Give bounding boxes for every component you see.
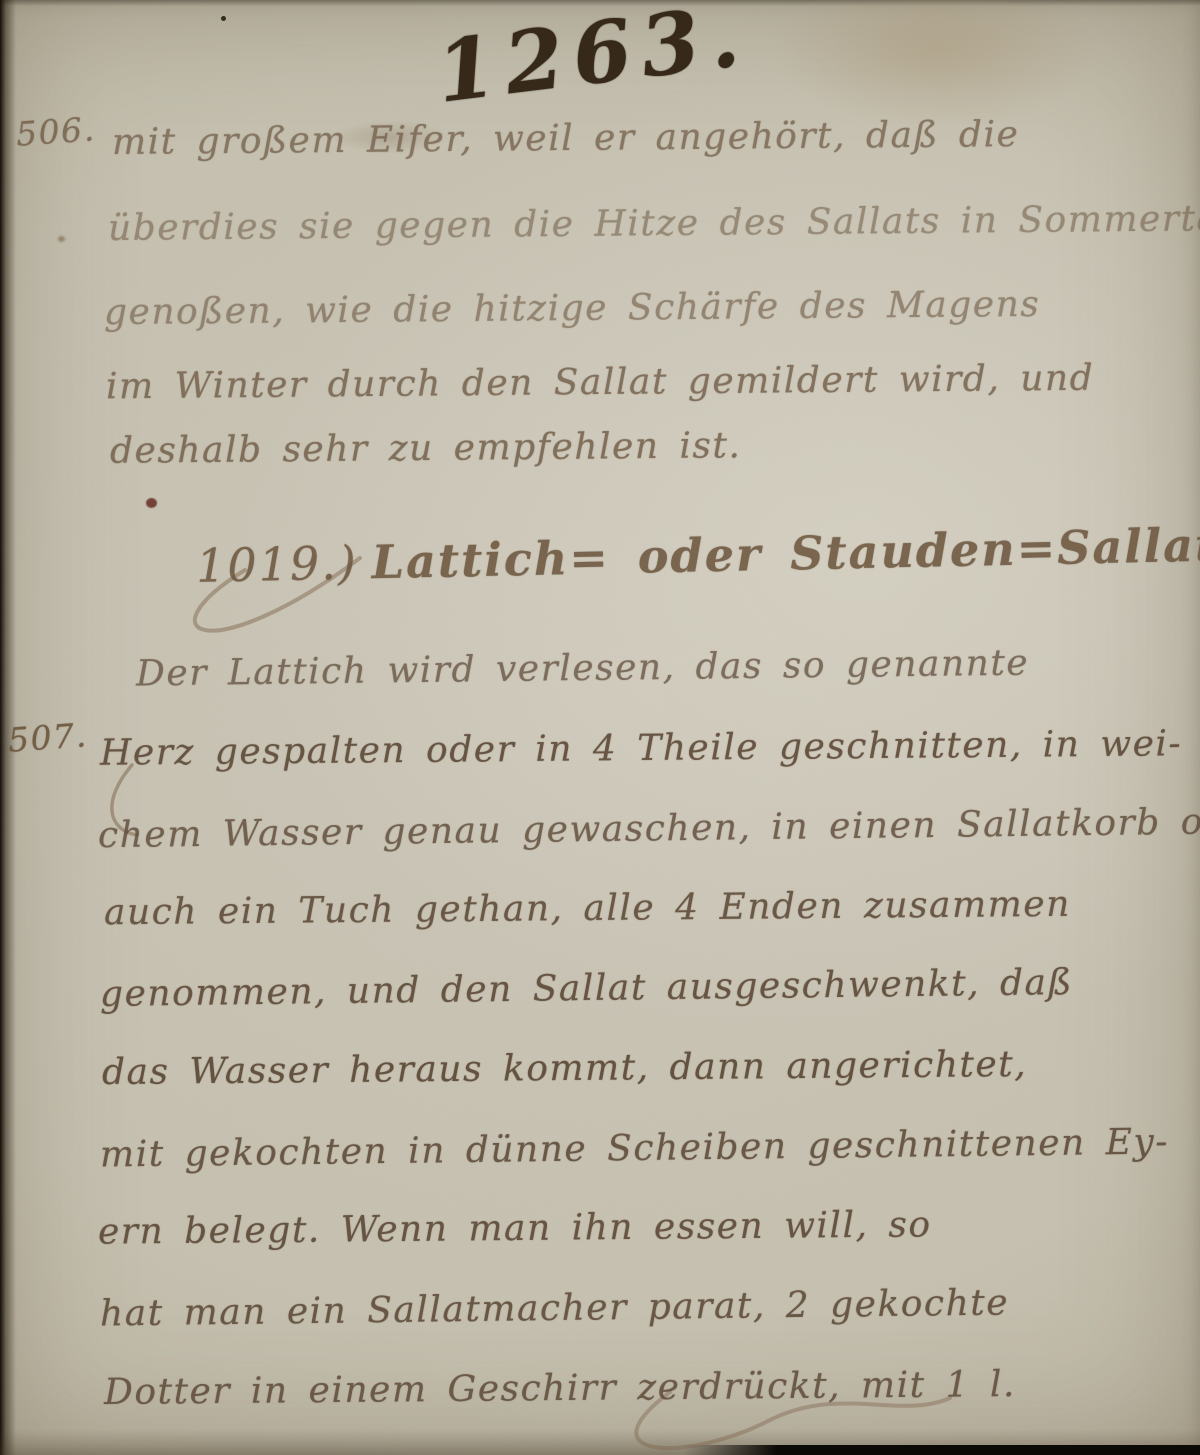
recipe-heading: 1019.)Lattich= oder Stauden=Sallat. [196,517,1200,593]
manuscript-line: im Winter durch den Sallat gemildert wir… [106,358,1095,408]
manuscript-line: mit gekochten in dünne Scheiben geschnit… [100,1121,1169,1175]
photo-edge-black-band [684,1445,1200,1455]
page-number: 1263. [431,0,754,122]
manuscript-line: genoßen, wie die hitzige Schärfe des Mag… [104,284,1041,333]
recipe-title: Lattich= oder Stauden=Sallat. [371,517,1200,589]
manuscript-line: Der Lattich wird verlesen, das so genann… [136,643,1030,695]
margin-number-507: 507. [7,715,89,759]
recipe-number: 1019.) [196,536,359,593]
manuscript-line: genommen, und den Sallat ausgeschwenkt, … [100,962,1073,1015]
manuscript-line: Herz gespalten oder in 4 Theile geschnit… [100,723,1182,773]
manuscript-line: Dotter in einem Geschirr zerdrückt, mit … [104,1364,1016,1413]
manuscript-line: mit großem Eifer, weil er angehört, daß … [112,114,1020,163]
manuscript-line: ern belegt. Wenn man ihn essen will, so [98,1204,932,1252]
paper-blemish [58,236,65,242]
fly-speck [221,16,226,21]
manuscript-line: hat man ein Sallatmacher parat, 2 gekoch… [100,1282,1009,1334]
manuscript-line: deshalb sehr zu empfehlen ist. [110,425,742,472]
manuscript-line: chem Wasser genau gewaschen, in einen Sa… [98,801,1200,856]
manuscript-line: überdies sie gegen die Hitze des Sallats… [108,198,1200,249]
red-ink-spot [146,498,157,508]
manuscript-line: auch ein Tuch gethan, alle 4 Enden zusam… [104,884,1071,933]
ink-smudge-stain [770,0,1100,130]
manuscript-page: 1263. 506. 507. mit großem Eifer, weil e… [0,0,1200,1455]
margin-number-506: 506. [15,109,97,153]
manuscript-line: das Wasser heraus kommt, dann angerichte… [102,1044,1027,1093]
